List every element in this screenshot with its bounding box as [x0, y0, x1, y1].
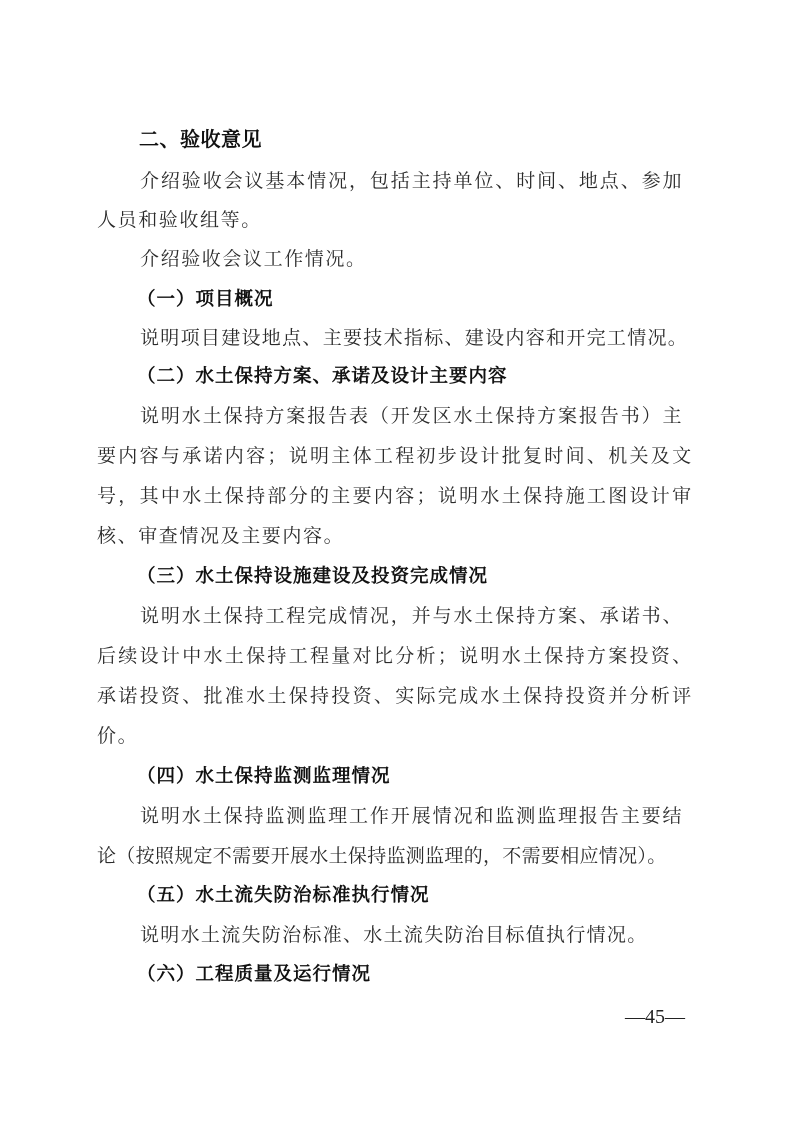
subsection-heading-5: （五）水土流失防治标准执行情况: [137, 883, 741, 909]
subsection-heading-1: （一）项目概况: [137, 287, 741, 313]
paragraph-line: 人员和验收组等。: [97, 207, 701, 233]
paragraph-line: 介绍验收会议基本情况，包括主持单位、时间、地点、参加: [140, 168, 744, 194]
subsection-heading-2: （二）水土保持方案、承诺及设计主要内容: [137, 364, 741, 390]
paragraph-line: 介绍验收会议工作情况。: [140, 246, 744, 272]
subsection-heading-3: （三）水土保持设施建设及投资完成情况: [137, 564, 741, 590]
paragraph-line: 后续设计中水土保持工程量对比分析；说明水土保持方案投资、: [97, 643, 701, 669]
paragraph-line: 承诺投资、批准水土保持投资、实际完成水土保持投资并分析评: [97, 683, 701, 709]
paragraph-line: 核、审查情况及主要内容。: [97, 523, 701, 549]
paragraph-line: 说明水土保持监测监理工作开展情况和监测监理报告主要结: [140, 803, 744, 829]
paragraph-line: 号，其中水土保持部分的主要内容；说明水土保持施工图设计审: [97, 483, 701, 509]
paragraph-line: 说明水土保持工程完成情况，并与水土保持方案、承诺书、: [140, 603, 744, 629]
paragraph-line: 价。: [97, 723, 701, 749]
paragraph-line: 论（按照规定不需要开展水土保持监测监理的，不需要相应情况）。: [97, 843, 701, 869]
section-title: 二、验收意见: [139, 126, 743, 152]
paragraph-line: 要内容与承诺内容；说明主体工程初步设计批复时间、机关及文: [97, 443, 701, 469]
subsection-heading-6: （六）工程质量及运行情况: [137, 962, 741, 988]
page-number: —45—: [625, 1006, 685, 1029]
paragraph-line: 说明项目建设地点、主要技术指标、建设内容和开完工情况。: [140, 325, 744, 351]
subsection-heading-4: （四）水土保持监测监理情况: [137, 764, 741, 790]
paragraph-line: 说明水土保持方案报告表（开发区水土保持方案报告书）主: [140, 403, 744, 429]
paragraph-line: 说明水土流失防治标准、水土流失防治目标值执行情况。: [140, 922, 744, 948]
